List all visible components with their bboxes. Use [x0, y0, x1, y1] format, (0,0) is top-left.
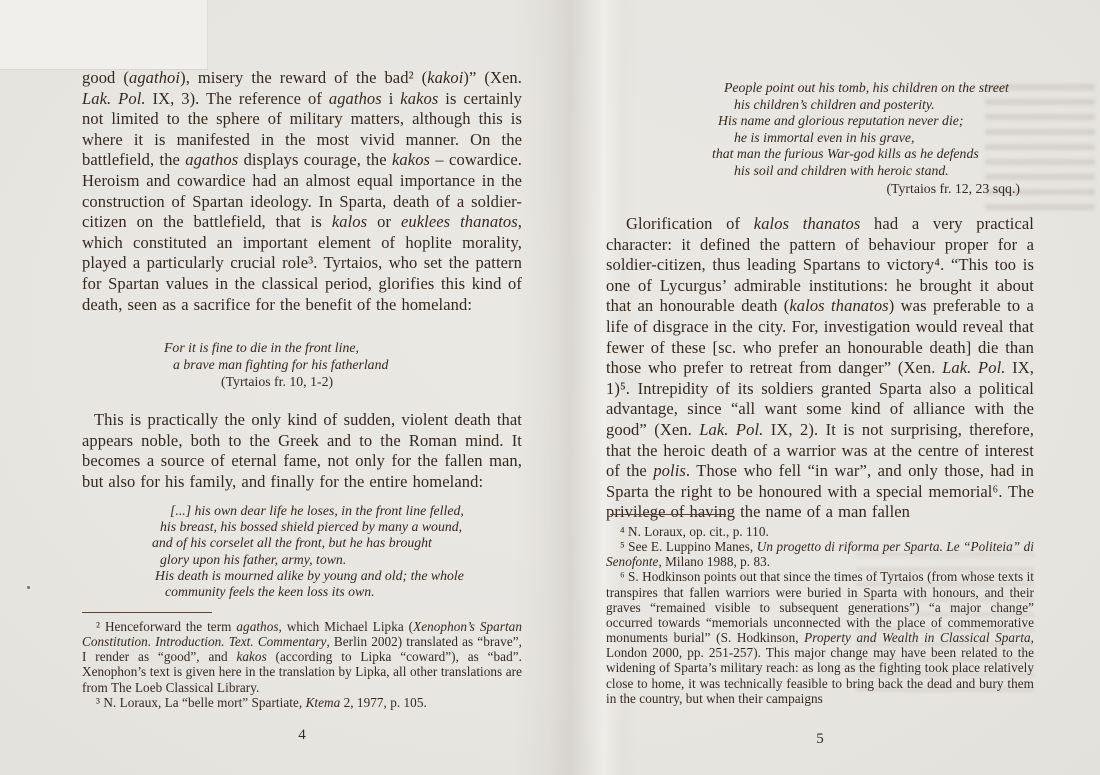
verse-line: glory upon his father, army, town.	[160, 552, 464, 568]
verse-line: he is immortal even in his grave,	[734, 130, 1034, 147]
footnotes: ² Henceforward the term agathos, which M…	[82, 619, 522, 710]
verse-lines: People point out his tomb, his children …	[718, 80, 1034, 179]
verse-line: His name and glorious reputation never d…	[718, 113, 1034, 130]
footnote: ⁶ S. Hodkinson points out that since the…	[606, 569, 1034, 705]
verse-line: his breast, his bossed shield pierced by…	[160, 519, 464, 535]
verse-lines: For it is fine to die in the front line,…	[164, 340, 388, 373]
verse-line: His death is mourned alike by young and …	[155, 568, 464, 584]
verse-line: [...] his own dear life he loses, in the…	[170, 503, 464, 519]
page-left: good (agathoi), misery the reward of the…	[82, 0, 522, 775]
paragraph-continuation: good (agathoi), misery the reward of the…	[82, 68, 522, 315]
verse-quote-tyrtaios-12: [...] his own dear life he loses, in the…	[152, 503, 464, 600]
verse-line: that man the furious War-god kills as he…	[712, 146, 1034, 163]
verse-lines: [...] his own dear life he loses, in the…	[152, 503, 464, 600]
footnote-separator	[82, 612, 212, 613]
verse-line: For it is fine to die in the front line,	[164, 340, 388, 357]
quote-attribution: (Tyrtaios fr. 10, 1-2)	[221, 374, 388, 391]
footnote: ² Henceforward the term agathos, which M…	[82, 619, 522, 695]
ink-speck	[27, 586, 30, 589]
verse-line: a brave man fighting for his fatherland	[173, 357, 388, 374]
paragraph: Glorification of kalos thanatos had a ve…	[606, 214, 1034, 523]
page-number: 5	[606, 731, 1034, 748]
page-number: 4	[82, 727, 522, 744]
footnotes: ⁴ N. Loraux, op. cit., p. 110.⁵ See E. L…	[606, 524, 1034, 706]
footnote: ⁴ N. Loraux, op. cit., p. 110.	[606, 524, 1034, 539]
verse-quote-tyrtaios-12-23: People point out his tomb, his children …	[718, 80, 1034, 198]
footnote: ⁵ See E. Luppino Manes, Un progetto di r…	[606, 539, 1034, 569]
verse-line: community feels the keen loss its own.	[165, 584, 464, 600]
verse-line: and of his corselet all the front, but h…	[152, 535, 464, 551]
book-spread-scan: good (agathoi), misery the reward of the…	[0, 0, 1100, 775]
verse-line: his soil and children with heroic stand.	[734, 163, 1034, 180]
paragraph: This is practically the only kind of sud…	[82, 410, 522, 492]
verse-line: his children’s children and posterity.	[734, 97, 1034, 114]
page-right: People point out his tomb, his children …	[606, 0, 1034, 775]
verse-line: People point out his tomb, his children …	[724, 80, 1034, 97]
footnote: ³ N. Loraux, La “belle mort” Spartiate, …	[82, 695, 522, 710]
verse-quote-tyrtaios-10: For it is fine to die in the front line,…	[164, 340, 388, 391]
quote-attribution: (Tyrtaios fr. 12, 23 sqq.)	[718, 181, 1034, 198]
footnote-separator	[610, 514, 726, 515]
